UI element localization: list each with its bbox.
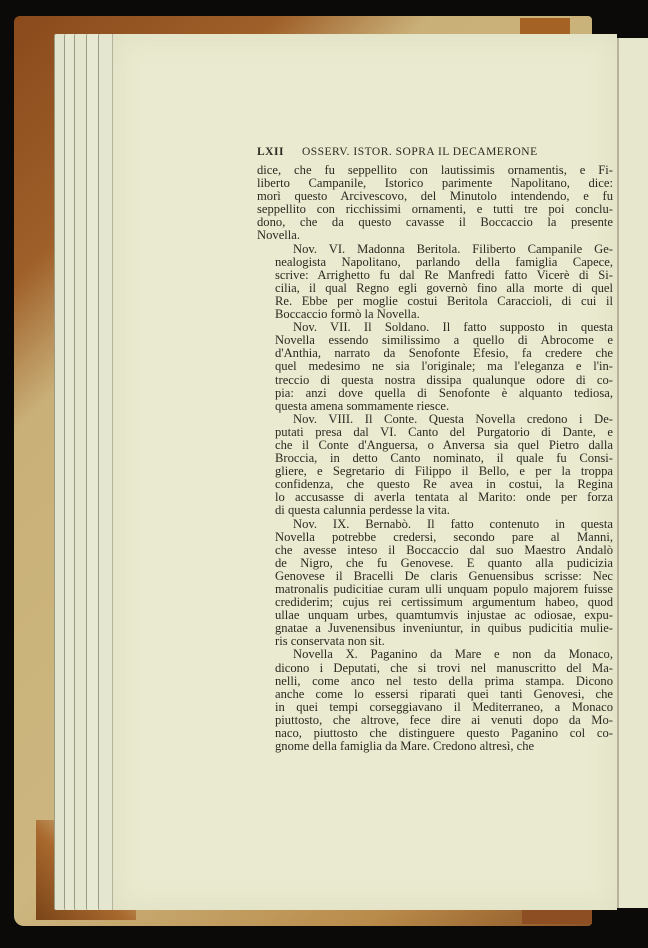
- text-line: quel medesimo ne sia l'originale; ma l'e…: [257, 360, 613, 373]
- paragraph-nov-x: Novella X. Paganino da Mare e non da Mon…: [257, 648, 613, 753]
- text-line: che avesse inteso il Boccaccio dal suo M…: [257, 544, 613, 557]
- text-line: Nov. VI. Madonna Beritola. Filiberto Cam…: [257, 243, 613, 256]
- text-line: dono, che da questo cavasse il Boccaccio…: [257, 216, 613, 229]
- page-text: LXII OSSERV. ISTOR. SOPRA IL DECAMERONE …: [257, 146, 613, 753]
- body-text: dice, che fu seppellito con lautissimis …: [257, 164, 613, 753]
- text-line: anche come lo essersi riparati quei tant…: [257, 688, 613, 701]
- text-line: scrive: Arrighetto fu dal Re Manfredi fa…: [257, 269, 613, 282]
- facing-page-edge: [617, 38, 648, 908]
- text-line: pia: anzi dove quella di Senofonte è alq…: [257, 387, 613, 400]
- cover-leather-top: [520, 18, 570, 34]
- text-line: nealogista Napolitano, parlando della fa…: [257, 256, 613, 269]
- text-line: Nov. VIII. Il Conte. Questa Novella cred…: [257, 413, 613, 426]
- text-line: nelli, come anco nel testo della prima s…: [257, 675, 613, 688]
- text-line: dicono i Deputati, che si trovi nel manu…: [257, 662, 613, 675]
- paragraph-nov-vii: Nov. VII. Il Soldano. Il fatto supposto …: [257, 321, 613, 413]
- paragraph-nov-vi: Nov. VI. Madonna Beritola. Filiberto Cam…: [257, 243, 613, 322]
- text-line: cilia, il qual Regno egli governò fino a…: [257, 282, 613, 295]
- paragraph-continuation: dice, che fu seppellito con lautissimis …: [257, 164, 613, 243]
- text-line: treccio di questa nostra dissipa qualunq…: [257, 374, 613, 387]
- text-line: in quei tempi corseggiavano il Mediterra…: [257, 701, 613, 714]
- text-line: Novella.: [257, 229, 613, 242]
- page-number: LXII: [257, 146, 284, 160]
- text-line: di questa calunnia perdesse la vita.: [257, 504, 613, 517]
- text-line: gnome della famiglia da Mare. Credono al…: [257, 740, 613, 753]
- running-head: LXII OSSERV. ISTOR. SOPRA IL DECAMERONE: [257, 146, 613, 160]
- paragraph-nov-viii: Nov. VIII. Il Conte. Questa Novella cred…: [257, 413, 613, 518]
- text-line: putati presa dal VI. Canto del Purgatori…: [257, 426, 613, 439]
- paragraph-nov-ix: Nov. IX. Bernabò. Il fatto contenuto in …: [257, 518, 613, 649]
- text-line: questa amena sommamente riesce.: [257, 400, 613, 413]
- text-line: Novella X. Paganino da Mare e non da Mon…: [257, 648, 613, 661]
- text-line: de Nigro, che fu Genovese. E quanto alla…: [257, 557, 613, 570]
- text-line: Nov. IX. Bernabò. Il fatto contenuto in …: [257, 518, 613, 531]
- running-title: OSSERV. ISTOR. SOPRA IL DECAMERONE: [302, 146, 538, 160]
- text-line: Novella potrebbe credersi, secondo pare …: [257, 531, 613, 544]
